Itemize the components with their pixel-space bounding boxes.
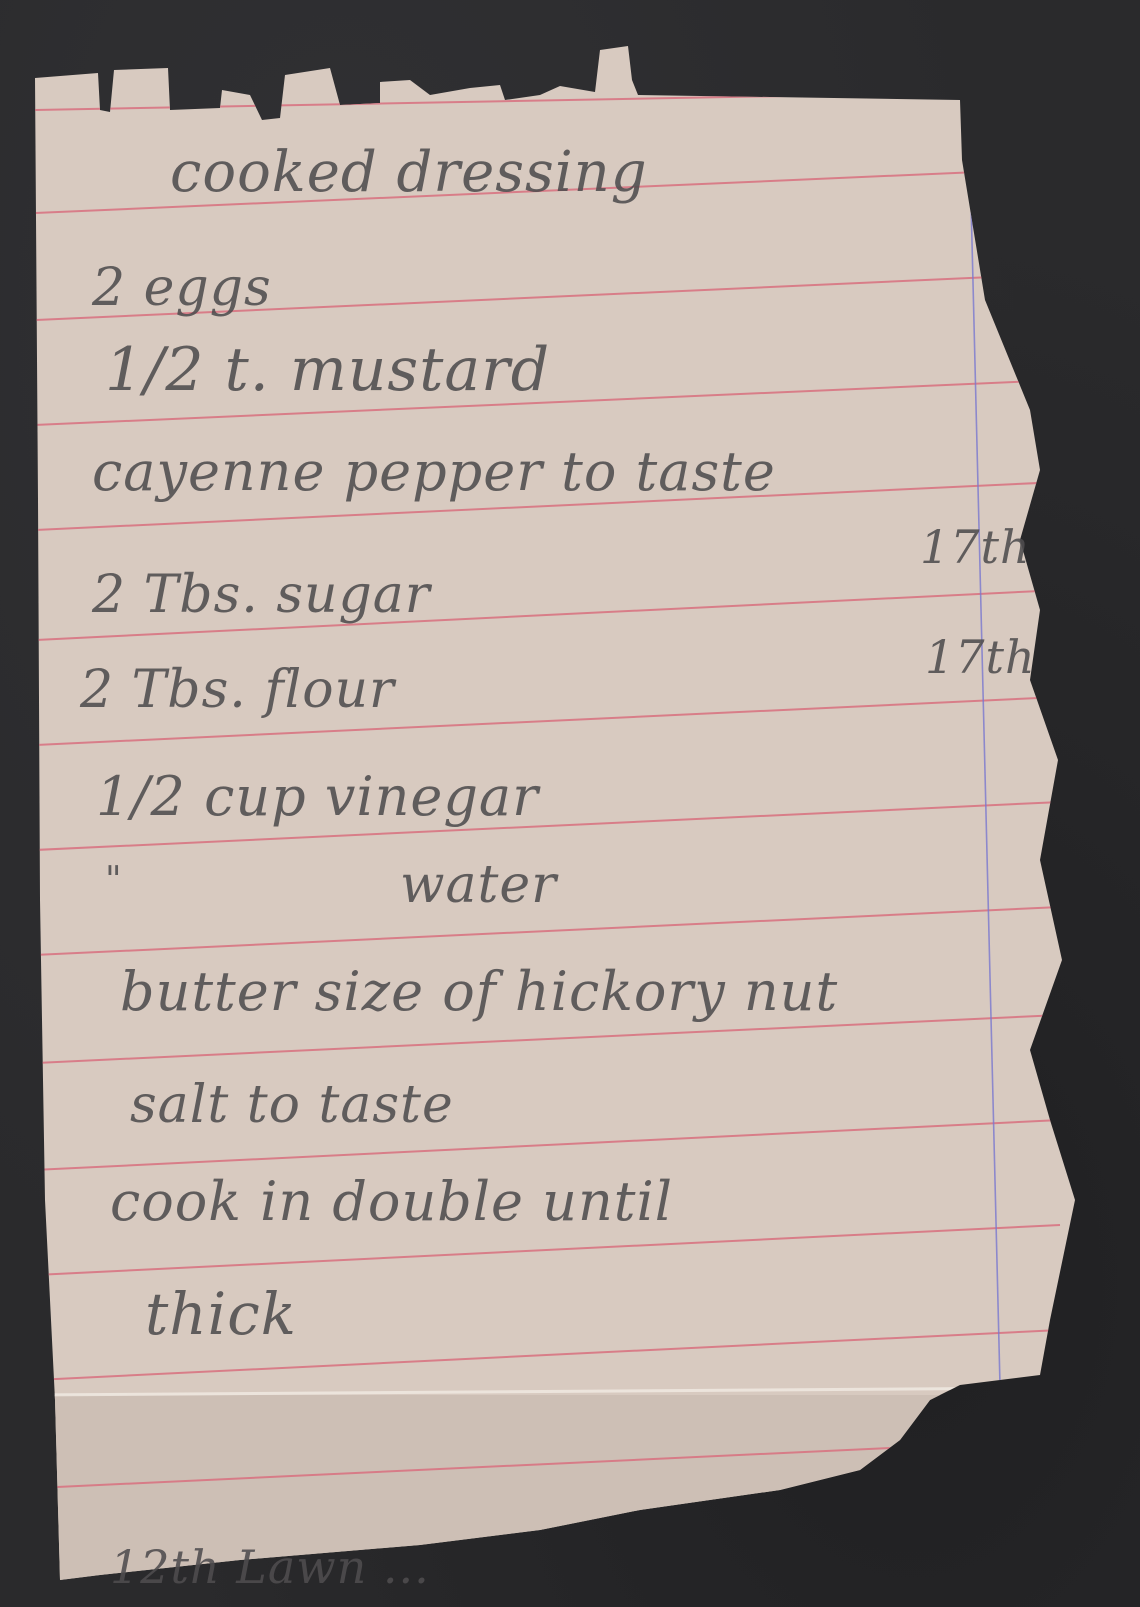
- ingredient-line: butter size of hickory nut: [120, 960, 838, 1023]
- handwriting-layer: cooked dressing 2 eggs 1/2 t. mustard ca…: [0, 0, 1140, 1607]
- recipe-title: cooked dressing: [170, 140, 648, 205]
- instruction-line: thick: [145, 1280, 297, 1348]
- ingredient-line: 1/2 t. mustard: [105, 335, 550, 405]
- ingredient-line: salt to taste: [130, 1075, 454, 1135]
- ingredient-line: water: [400, 855, 557, 915]
- ingredient-line: 2 Tbs. sugar: [92, 565, 431, 625]
- ditto-mark: ": [105, 860, 123, 901]
- margin-note: 17th: [920, 520, 1031, 574]
- ingredient-line: 2 eggs: [92, 258, 272, 318]
- ingredient-line: 2 Tbs. flour: [80, 660, 395, 720]
- margin-note: 17th: [925, 630, 1036, 684]
- bottom-fragment: 12th Lawn ...: [110, 1540, 430, 1594]
- instruction-line: cook in double until: [110, 1170, 673, 1233]
- ingredient-line: 1/2 cup vinegar: [96, 765, 539, 828]
- ingredient-line: cayenne pepper to taste: [92, 440, 776, 503]
